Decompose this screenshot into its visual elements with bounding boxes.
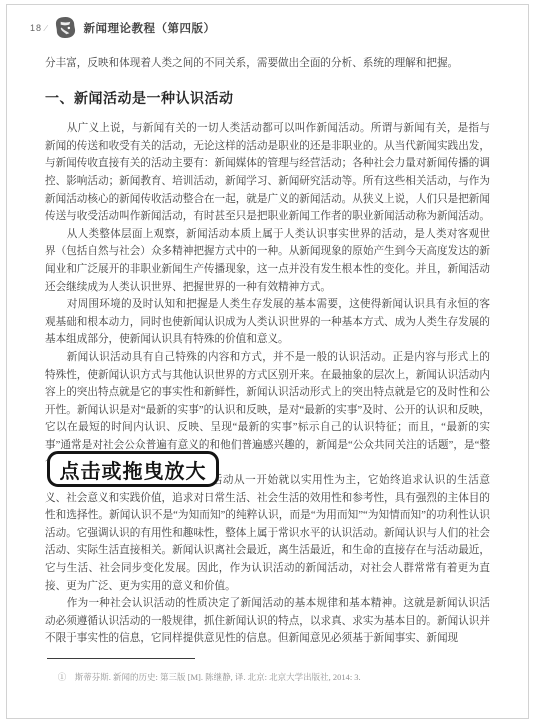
page-header: 18 ∕ 新闻理论教程（第四版）	[30, 16, 216, 39]
body-paragraph: 作为一种社会认识活动，新闻活动从一开始就以实用性为主，它始终追求认识的生活意义、…	[45, 472, 490, 595]
continued-paragraph: 分丰富，反映和体现着人类之间的不同关系，需要做出全面的分析、系统的理解和把握。	[45, 55, 490, 73]
body-paragraph: 从广义上说，与新闻有关的一切人类活动都可以叫作新闻活动。所谓与新闻有关，是指与新…	[45, 120, 490, 226]
book-title: 新闻理论教程（第四版）	[84, 20, 216, 36]
body-paragraph: 从人类整体层面上观察，新闻活动本质上属于人类认识事实世界的活动，是人类对客观世界…	[45, 226, 490, 296]
page-number-separator: ∕	[45, 23, 47, 33]
footnote-separator	[47, 658, 195, 659]
section-heading: 一、新闻活动是一种认识活动	[45, 90, 490, 108]
body-paragraph: 作为一种社会认识活动的性质决定了新闻活动的基本规律和基本精神。这就是新闻认识活动…	[45, 595, 490, 648]
page-body: 分丰富，反映和体现着人类之间的不同关系，需要做出全面的分析、系统的理解和把握。 …	[45, 55, 490, 683]
publisher-seal-icon	[54, 16, 77, 39]
footnote: ① 斯蒂芬斯. 新闻的历史: 第三版 [M]. 陈继静, 译. 北京: 北京大学…	[45, 671, 490, 683]
body-paragraph: 对周围环境的及时认知和把握是人类生存发展的基本需要，这使得新闻认识具有永恒的客观…	[45, 296, 490, 349]
zoom-hint-tooltip[interactable]: 点击或拖曳放大	[47, 451, 219, 487]
document-page[interactable]: 18 ∕ 新闻理论教程（第四版） 分丰富，反映和体现着人类之间的不同关系，需要做…	[0, 0, 534, 725]
page-number: 18	[30, 23, 42, 33]
